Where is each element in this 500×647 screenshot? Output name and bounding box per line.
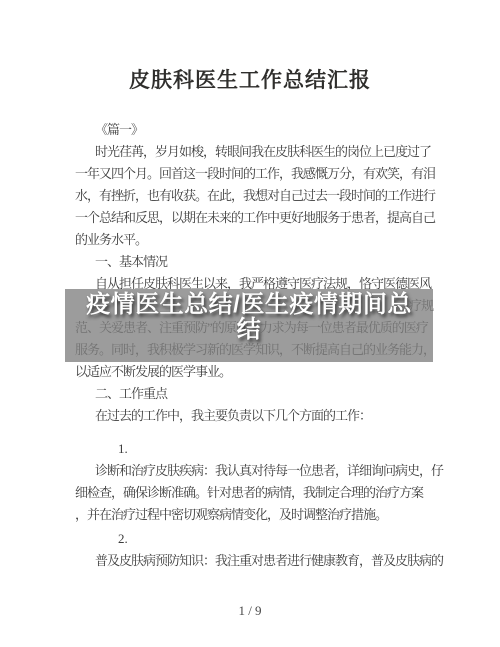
page-number: 1 / 9 (0, 603, 500, 619)
doc-line: 一个总结和反思，以期在未来的工作中更好地服务于患者，提高自己 (75, 207, 433, 229)
doc-line: 诊断和治疗皮肤疾病：我认真对待每一位患者，详细询问病史，仔 (95, 460, 433, 482)
doc-line: 一年又四个月。回首这一段时间的工作，我感慨万分，有欢笑，有泪 (75, 163, 433, 185)
doc-line: 在过去的工作中，我主要负责以下几个方面的工作： (95, 405, 433, 427)
doc-line: 时光荏苒，岁月如梭，转眼间我在皮肤科医生的岗位上已度过了 (95, 141, 433, 163)
doc-section-heading: 一、基本情况 (95, 251, 433, 273)
doc-line: 水，有挫折，也有收获。在此，我想对自己过去一段时间的工作进行 (75, 185, 433, 207)
doc-line: 以适应不断发展的医学事业。 (75, 361, 433, 383)
overlay-title-line1: 疫情医生总结/医生疫情期间总 (65, 292, 433, 317)
doc-list-number: 1. (118, 438, 433, 460)
doc-line: 细检查，确保诊断准确。针对患者的病情，我制定合理的治疗方案 (75, 482, 433, 504)
doc-title: 皮肤科医生工作总结汇报 (0, 67, 500, 93)
doc-line: 普及皮肤病预防知识：我注重对患者进行健康教育，普及皮肤病的 (95, 550, 433, 572)
doc-section-heading: 二、工作重点 (95, 383, 433, 405)
doc-line: 《篇一》 (95, 119, 433, 141)
doc-list-number: 2. (118, 528, 433, 550)
doc-line: 的业务水平。 (75, 229, 433, 251)
document-page: 皮肤科医生工作总结汇报 《篇一》 时光荏苒，岁月如梭，转眼间我在皮肤科医生的岗位… (0, 0, 500, 647)
overlay-title-line2: 结 (65, 317, 433, 342)
overlay-banner[interactable]: 疫情医生总结/医生疫情期间总 结 (65, 289, 433, 362)
doc-line: ，并在治疗过程中密切观察病情变化，及时调整治疗措施。 (75, 504, 433, 526)
